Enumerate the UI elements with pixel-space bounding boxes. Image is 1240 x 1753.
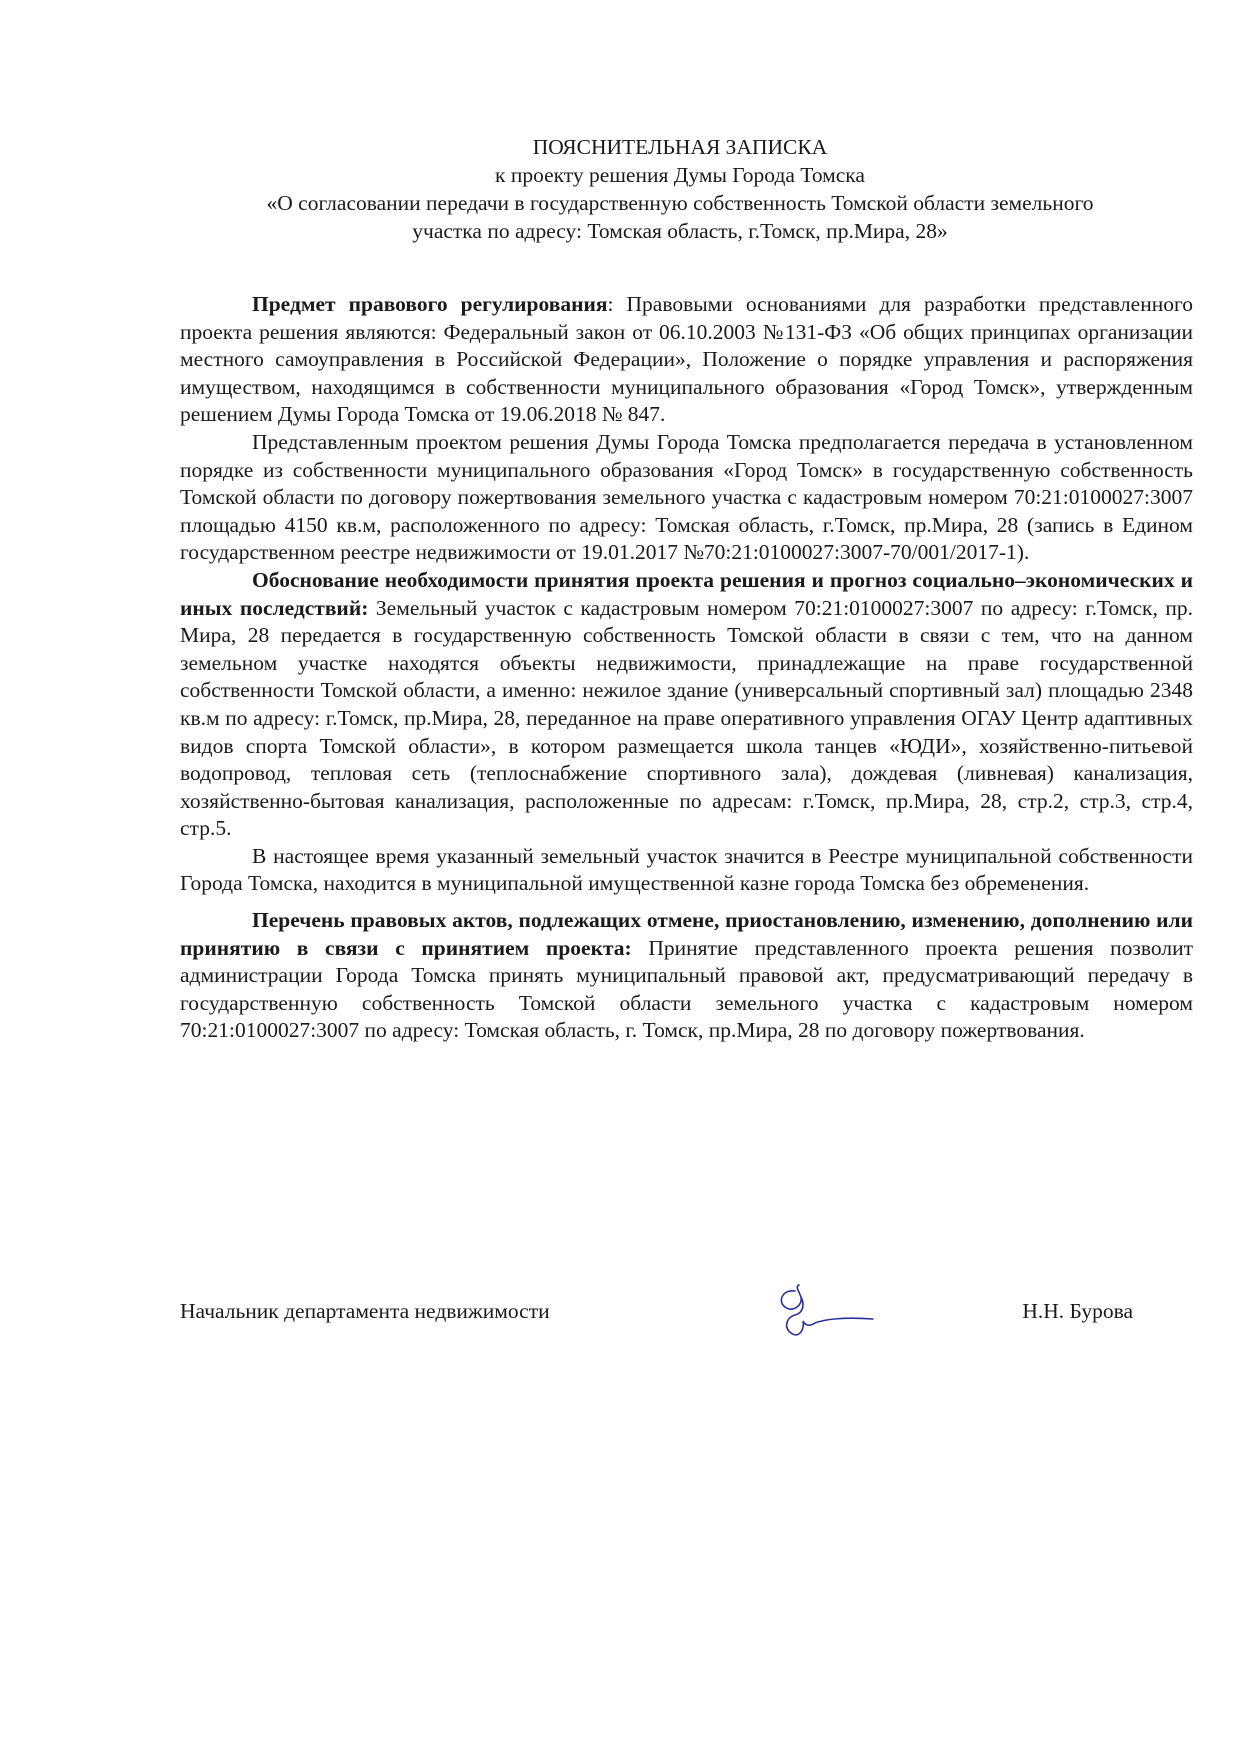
- paragraph-text: В настоящее время указанный земельный уч…: [180, 844, 1193, 896]
- document-header: ПОЯСНИТЕЛЬНАЯ ЗАПИСКА к проекту решения …: [150, 133, 1210, 245]
- document-title: ПОЯСНИТЕЛЬНАЯ ЗАПИСКА: [150, 133, 1210, 161]
- signatory-position: Начальник департамента недвижимости: [180, 1297, 550, 1325]
- paragraph-text: Земельный участок с кадастровым номером …: [180, 596, 1193, 841]
- paragraph-current-status: В настоящее время указанный земельный уч…: [180, 843, 1193, 898]
- paragraph-heading: Предмет правового регулирования: [252, 292, 607, 316]
- paragraph-transfer-description: Представленным проектом решения Думы Гор…: [180, 429, 1193, 567]
- paragraph-justification: Обоснование необходимости принятия проек…: [180, 567, 1193, 843]
- document-subject-line-1: «О согласовании передачи в государственн…: [150, 189, 1210, 217]
- paragraph-text: Представленным проектом решения Думы Гор…: [180, 430, 1193, 564]
- document-body: Предмет правового регулирования: Правовы…: [180, 282, 1193, 1045]
- handwritten-signature-icon: [765, 1283, 885, 1349]
- paragraph-legal-basis: Предмет правового регулирования: Правовы…: [180, 291, 1193, 429]
- signatory-name: Н.Н. Бурова: [1022, 1297, 1133, 1325]
- document-page: ПОЯСНИТЕЛЬНАЯ ЗАПИСКА к проекту решения …: [0, 0, 1240, 1753]
- signature-block: Начальник департамента недвижимости Н.Н.…: [180, 1297, 1193, 1357]
- document-subtitle: к проекту решения Думы Города Томска: [150, 161, 1210, 189]
- paragraph-legal-acts: Перечень правовых актов, подлежащих отме…: [180, 907, 1193, 1045]
- document-subject-line-2: участка по адресу: Томская область, г.То…: [150, 217, 1210, 245]
